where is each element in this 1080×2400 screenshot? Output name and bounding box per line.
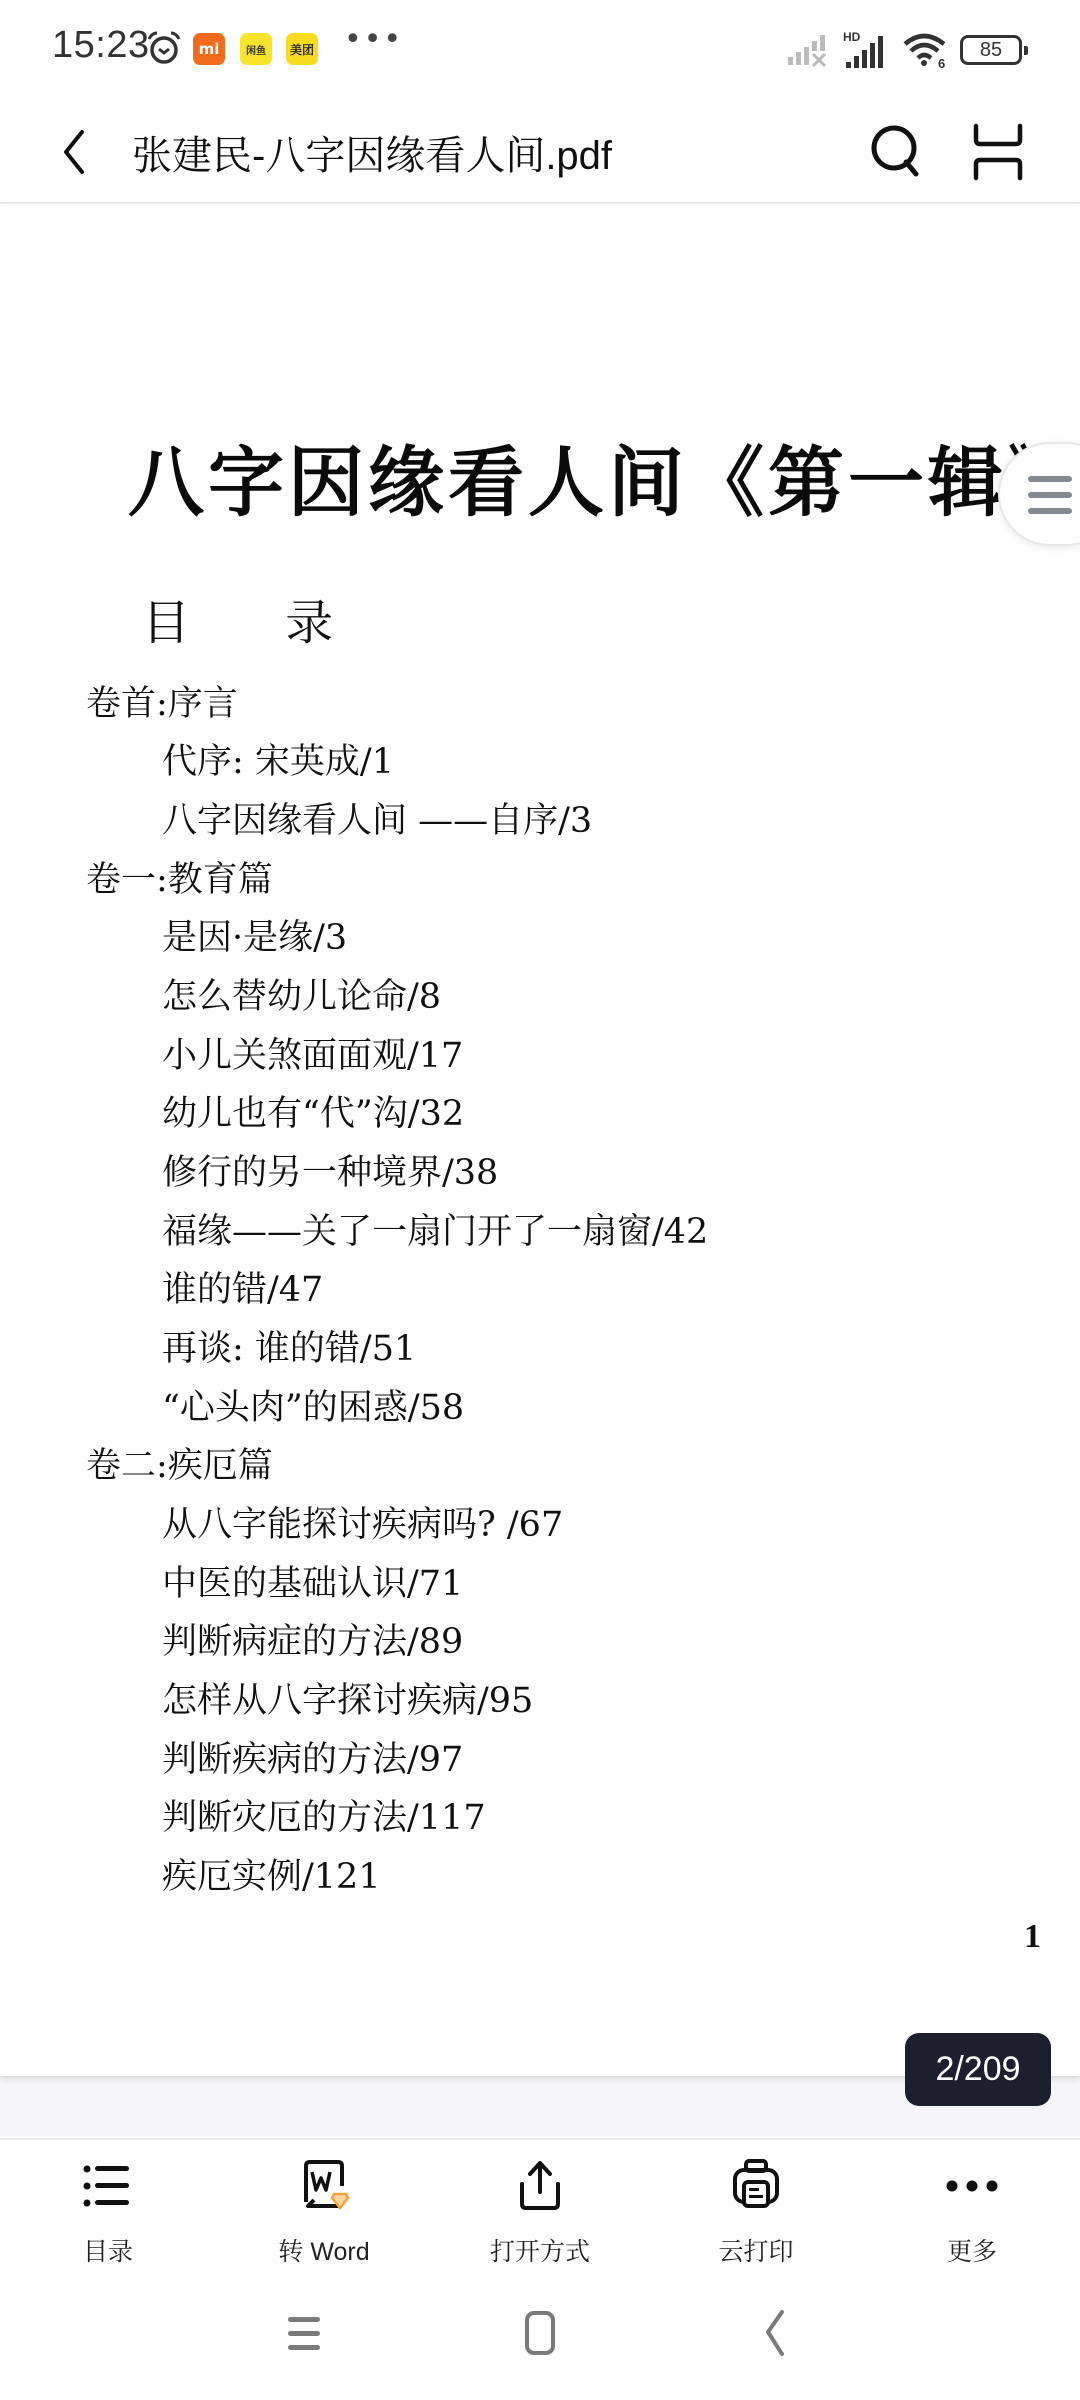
search-button[interactable]: [866, 120, 926, 180]
menu-icon: [288, 2317, 320, 2350]
page-indicator: 2/209: [905, 2033, 1051, 2106]
printer-icon: [728, 2158, 784, 2214]
fullscreen-button[interactable]: [970, 122, 1026, 182]
back-icon: [768, 2312, 782, 2354]
status-icons: HD 6 85: [786, 30, 1022, 70]
toc-heading: 目 录: [142, 584, 333, 653]
toc-entry: 从八字能探讨疾病吗? /67: [162, 1497, 563, 1547]
svg-text:6: 6: [938, 56, 945, 70]
toc-entry: 代序: 宋英成/1: [162, 734, 394, 784]
open-with-button[interactable]: 打开方式: [440, 2140, 640, 2270]
toc-entry: 福缘——关了一扇门开了一扇窗/42: [162, 1204, 708, 1254]
toc-entry: 判断疾病的方法/97: [162, 1732, 463, 1782]
toc-entry: 判断病症的方法/89: [162, 1614, 463, 1664]
share-icon: [512, 2158, 568, 2214]
mi-app-notification-icon: mi: [193, 33, 225, 65]
toc-section: 卷二:疾厄篇: [86, 1438, 273, 1488]
list-icon: [80, 2158, 136, 2214]
toc-entry: 再谈: 谁的错/51: [162, 1321, 416, 1371]
signal-hd-icon: HD: [842, 30, 892, 70]
toc-entry: 是因·是缘/3: [162, 910, 347, 960]
toc-entry: 幼儿也有“代”沟/32: [162, 1086, 464, 1136]
toc-button[interactable]: 目录: [8, 2140, 208, 2270]
more-button-label: 更多: [872, 2232, 1072, 2268]
toc-entry: 怎样从八字探讨疾病/95: [162, 1673, 533, 1723]
fullscreen-icon: [976, 126, 1020, 178]
convert-word-button-label: 转 Word: [224, 2232, 424, 2268]
back-button[interactable]: [52, 126, 102, 178]
convert-word-icon: [296, 2158, 352, 2214]
more-icon: [944, 2158, 1000, 2214]
book-title: 八字因缘看人间《第一辑》: [128, 422, 1080, 531]
toc-section: 卷一:教育篇: [86, 852, 273, 902]
menu-icon-bar: [1028, 508, 1072, 514]
signal-sim1-no-service-icon: [786, 33, 832, 67]
menu-icon: [1028, 476, 1072, 482]
xianyu-app-notification-icon: 闲鱼: [240, 33, 272, 65]
clock: 15:23: [52, 24, 150, 67]
home-icon: [527, 2313, 553, 2353]
open-with-button-label: 打开方式: [440, 2232, 640, 2268]
cloud-print-button[interactable]: 云打印: [656, 2140, 856, 2270]
toc-entry: 八字因缘看人间 ——自序/3: [162, 793, 592, 843]
more-notifications-icon: •••: [344, 22, 403, 57]
meituan-app-notification-icon: 美团: [286, 33, 318, 65]
system-navigation-bar: [0, 2268, 1080, 2400]
pdf-page[interactable]: 八字因缘看人间《第一辑》 目 录 卷首:序言 代序: 宋英成/1 八字因缘看人间…: [0, 206, 1080, 2076]
cloud-print-button-label: 云打印: [656, 2232, 856, 2268]
toc-entry: 谁的错/47: [162, 1262, 323, 1312]
toc-button-label: 目录: [8, 2232, 208, 2268]
svg-text:HD: HD: [843, 30, 861, 44]
home-button[interactable]: [510, 2308, 570, 2358]
toc-entry: 疾厄实例/121: [162, 1849, 381, 1899]
pdf-viewport[interactable]: 八字因缘看人间《第一辑》 目 录 卷首:序言 代序: 宋英成/1 八字因缘看人间…: [0, 206, 1080, 2136]
toc-entry: 怎么替幼儿论命/8: [162, 969, 441, 1019]
status-bar: 15:23 mi 闲鱼 美团 ••• HD: [0, 0, 1080, 100]
recent-apps-button[interactable]: [274, 2308, 334, 2358]
toc-entry: “心头肉”的困惑/58: [162, 1380, 464, 1430]
back-nav-button[interactable]: [746, 2308, 806, 2358]
convert-word-button[interactable]: 转 Word: [224, 2140, 424, 2270]
more-button[interactable]: 更多: [872, 2140, 1072, 2270]
menu-icon-bar: [1028, 492, 1072, 498]
toc-section: 卷首:序言: [86, 676, 238, 726]
toc-entry: 修行的另一种境界/38: [162, 1145, 498, 1195]
search-icon: [874, 128, 916, 174]
toc-entry: 判断灾厄的方法/117: [162, 1790, 486, 1840]
alarm-icon: [146, 30, 182, 66]
app-header: 张建民-八字因缘看人间.pdf: [0, 100, 1080, 204]
printed-page-number: 1: [1024, 1918, 1041, 1956]
wifi-6-icon: 6: [902, 30, 950, 70]
chevron-left-icon: [66, 132, 82, 172]
toc-entry: 小儿关煞面面观/17: [162, 1028, 463, 1078]
battery-indicator: 85: [960, 35, 1022, 65]
document-title: 张建民-八字因缘看人间.pdf: [132, 124, 612, 181]
toc-entry: 中医的基础认识/71: [162, 1556, 463, 1606]
bottom-toolbar: 目录 转 Word 打开方式 云打印: [0, 2138, 1080, 2268]
